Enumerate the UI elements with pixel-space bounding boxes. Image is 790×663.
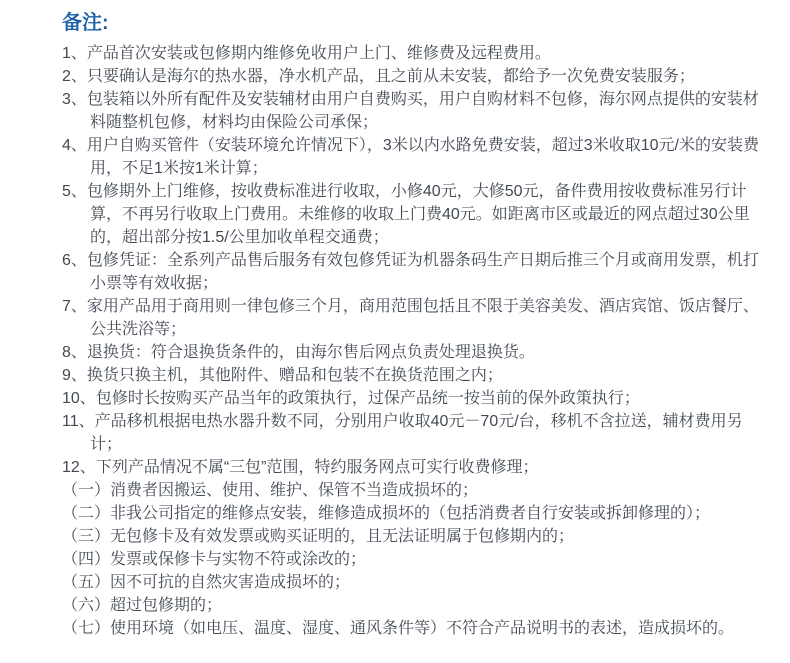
note-item-text: 包修期外上门维修，按收费标准进行收取，小修40元，大修50元，备件费用按收费标准… (87, 183, 750, 246)
note-subitem-number: （一） (62, 482, 110, 499)
note-item-9: 9、换货只换主机，其他附件、赠品和包装不在换货范围之内； (62, 364, 764, 387)
note-item-text: 产品首次安装或包修期内维修免收用户上门、维修费及远程费用。 (87, 45, 551, 62)
note-item-number: 5、 (62, 183, 87, 200)
note-item-number: 6、 (62, 252, 87, 269)
note-item-text: 包修凭证：全系列产品售后服务有效包修凭证为机器条码生产日期后推三个月或商用发票，… (87, 252, 759, 292)
note-subitem-1: （一）消费者因搬运、使用、维护、保管不当造成损坏的； (62, 479, 764, 502)
note-item-6: 6、包修凭证：全系列产品售后服务有效包修凭证为机器条码生产日期后推三个月或商用发… (62, 249, 764, 295)
note-item-text: 退换货：符合退换货条件的，由海尔售后网点负责处理退换货。 (87, 344, 535, 361)
note-item-text: 产品移机根据电热水器升数不同，分别用户收取40元－70元/台，移机不含拉送，辅材… (90, 413, 743, 453)
note-subitem-text: 超过包修期的； (110, 597, 222, 614)
note-item-5: 5、包修期外上门维修，按收费标准进行收取，小修40元，大修50元，备件费用按收费… (62, 180, 764, 249)
note-item-11: 11、产品移机根据电热水器升数不同，分别用户收取40元－70元/台，移机不含拉送… (62, 410, 764, 456)
note-item-number: 10、 (62, 390, 96, 407)
note-subitem-number: （四） (62, 551, 110, 568)
note-item-10: 10、包修时长按购买产品当年的政策执行，过保产品统一按当前的保外政策执行； (62, 387, 764, 410)
note-item-text: 包修时长按购买产品当年的政策执行，过保产品统一按当前的保外政策执行； (96, 390, 640, 407)
note-subitem-text: 因不可抗的自然灾害造成损坏的； (110, 574, 350, 591)
note-item-number: 11、 (62, 413, 95, 430)
note-subitem-number: （二） (62, 505, 110, 522)
note-item-7: 7、家用产品用于商用则一律包修三个月，商用范围包括且不限于美容美发、酒店宾馆、饭… (62, 295, 764, 341)
notes-title: 备注: (62, 10, 764, 36)
note-item-number: 1、 (62, 45, 87, 62)
notes-page: 备注: 1、产品首次安装或包修期内维修免收用户上门、维修费及远程费用。 2、只要… (0, 0, 790, 640)
note-item-1: 1、产品首次安装或包修期内维修免收用户上门、维修费及远程费用。 (62, 42, 764, 65)
note-subitem-text: 消费者因搬运、使用、维护、保管不当造成损坏的； (110, 482, 478, 499)
note-item-number: 8、 (62, 344, 87, 361)
note-subitem-3: （三）无包修卡及有效发票或购买证明的，且无法证明属于包修期内的； (62, 525, 764, 548)
note-subitem-7: （七）使用环境（如电压、温度、湿度、通风条件等）不符合产品说明书的表述，造成损坏… (62, 617, 764, 640)
note-item-text: 用户自购买管件（安装环境允许情况下），3米以内水路免费安装，超过3米收取10元/… (87, 137, 759, 177)
note-item-text: 包装箱以外所有配件及安装辅材由用户自费购买，用户自购材料不包修，海尔网点提供的安… (87, 91, 759, 131)
note-item-number: 3、 (62, 91, 87, 108)
note-subitem-4: （四）发票或保修卡与实物不符或涂改的； (62, 548, 764, 571)
note-item-3: 3、包装箱以外所有配件及安装辅材由用户自费购买，用户自购材料不包修，海尔网点提供… (62, 88, 764, 134)
note-item-text: 下列产品情况不属“三包”范围，特约服务网点可实行收费修理； (96, 459, 539, 476)
note-item-text: 只要确认是海尔的热水器，净水机产品，且之前从未安装，都给予一次免费安装服务； (87, 68, 695, 85)
note-item-4: 4、用户自购买管件（安装环境允许情况下），3米以内水路免费安装，超过3米收取10… (62, 134, 764, 180)
note-subitem-number: （五） (62, 574, 110, 591)
note-subitem-text: 无包修卡及有效发票或购买证明的，且无法证明属于包修期内的； (110, 528, 574, 545)
note-subitem-text: 使用环境（如电压、温度、湿度、通风条件等）不符合产品说明书的表述，造成损坏的。 (110, 620, 734, 637)
note-subitem-text: 非我公司指定的维修点安装，维修造成损坏的（包括消费者自行安装或拆卸修理的）； (110, 505, 710, 522)
note-item-number: 7、 (62, 298, 87, 315)
note-subitem-number: （七） (62, 620, 110, 637)
note-subitem-text: 发票或保修卡与实物不符或涂改的； (110, 551, 366, 568)
note-item-2: 2、只要确认是海尔的热水器，净水机产品，且之前从未安装，都给予一次免费安装服务； (62, 65, 764, 88)
note-item-12: 12、下列产品情况不属“三包”范围，特约服务网点可实行收费修理； (62, 456, 764, 479)
note-item-number: 12、 (62, 459, 96, 476)
note-item-text: 换货只换主机，其他附件、赠品和包装不在换货范围之内； (87, 367, 503, 384)
note-subitem-number: （六） (62, 597, 110, 614)
note-subitem-6: （六）超过包修期的； (62, 594, 764, 617)
notes-list: 1、产品首次安装或包修期内维修免收用户上门、维修费及远程费用。 2、只要确认是海… (62, 42, 764, 640)
note-item-number: 2、 (62, 68, 87, 85)
note-item-number: 9、 (62, 367, 87, 384)
note-item-8: 8、退换货：符合退换货条件的，由海尔售后网点负责处理退换货。 (62, 341, 764, 364)
note-subitem-number: （三） (62, 528, 110, 545)
note-item-text: 家用产品用于商用则一律包修三个月，商用范围包括且不限于美容美发、酒店宾馆、饭店餐… (87, 298, 759, 338)
note-subitem-2: （二）非我公司指定的维修点安装，维修造成损坏的（包括消费者自行安装或拆卸修理的）… (62, 502, 764, 525)
note-subitem-5: （五）因不可抗的自然灾害造成损坏的； (62, 571, 764, 594)
note-item-number: 4、 (62, 137, 87, 154)
